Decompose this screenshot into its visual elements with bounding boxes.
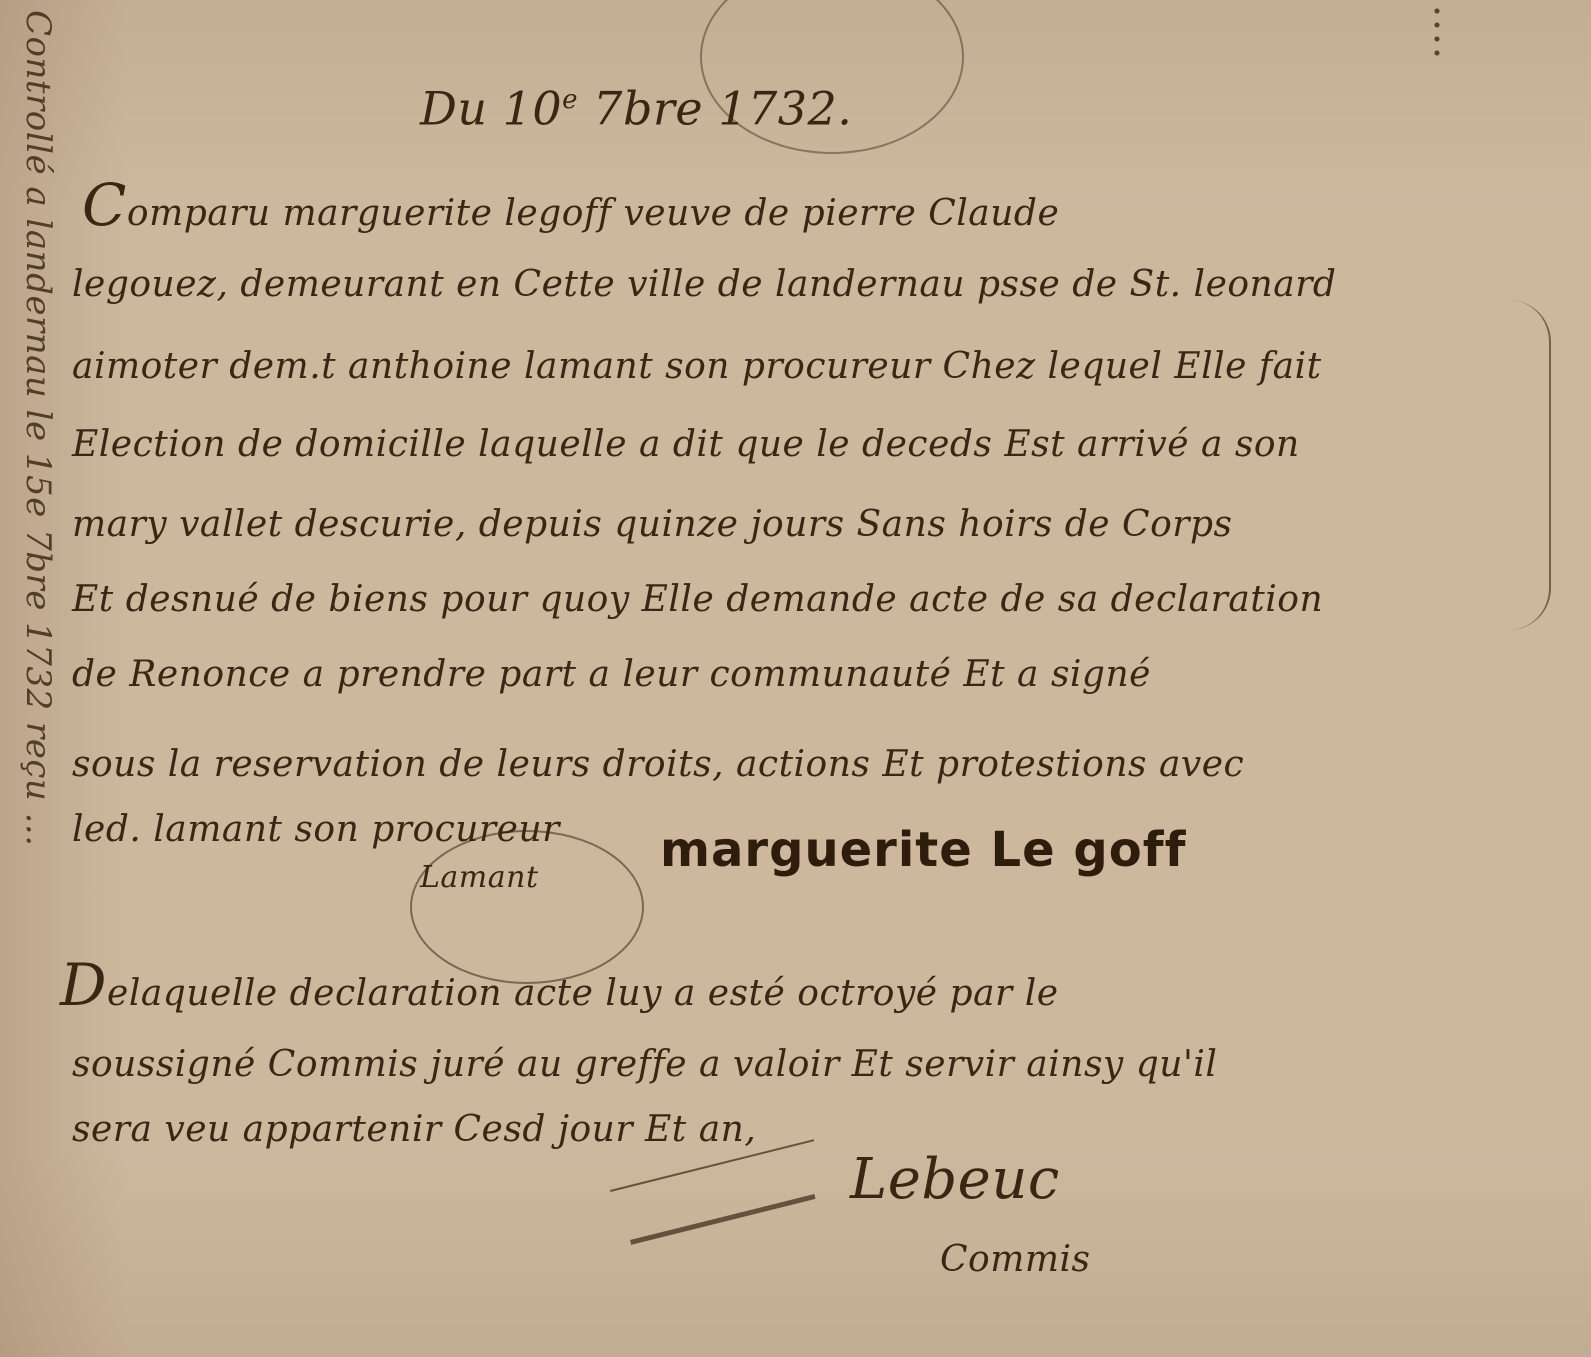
date-heading: Du 10e 7bre 1732. xyxy=(420,70,852,138)
date-heading-prefix: Du 10 xyxy=(420,81,562,135)
closing-line-2: soussigné Commis juré au greffe a valoir… xyxy=(72,1040,1217,1090)
date-heading-sup: e xyxy=(562,85,578,115)
body-line-3: aimoter dem.t anthoine lamant son procur… xyxy=(72,342,1322,392)
body-initial: C xyxy=(82,171,127,239)
margin-note-vertical: Controllé a landernau le 15e 7bre 1732 r… xyxy=(8,10,68,1350)
signature-clerk: Lebeuc xyxy=(850,1145,1060,1215)
closing-line-3: sera veu appartenir Cesd jour Et an, xyxy=(72,1105,756,1155)
body-line-text: omparu marguerite legoff veuve de pierre… xyxy=(127,193,1059,234)
closing-initial: D xyxy=(60,951,107,1019)
margin-bracket xyxy=(1509,300,1551,630)
signature-procureur: Lamant xyxy=(420,860,620,960)
body-line-1: Comparu marguerite legoff veuve de pierr… xyxy=(82,180,1059,239)
body-line-4: Election de domicille laquelle a dit que… xyxy=(72,420,1300,470)
ink-spatter xyxy=(1434,4,1440,64)
signature-declarant: marguerite Le goff xyxy=(660,820,1186,880)
body-line-5: mary vallet descurie, depuis quinze jour… xyxy=(72,500,1233,550)
body-line-2: legouez, demeurant en Cette ville de lan… xyxy=(72,260,1336,310)
closing-line-text: elaquelle declaration acte luy a esté oc… xyxy=(107,973,1059,1014)
body-line-7: de Renonce a prendre part a leur communa… xyxy=(72,650,1151,700)
body-line-8: sous la reservation de leurs droits, act… xyxy=(72,740,1244,790)
signature-clerk-title: Commis xyxy=(940,1235,1090,1285)
closing-line-1: Delaquelle declaration acte luy a esté o… xyxy=(60,960,1059,1019)
body-line-6: Et desnué de biens pour quoy Elle demand… xyxy=(72,575,1323,625)
date-heading-rest: 7bre 1732. xyxy=(578,81,852,135)
